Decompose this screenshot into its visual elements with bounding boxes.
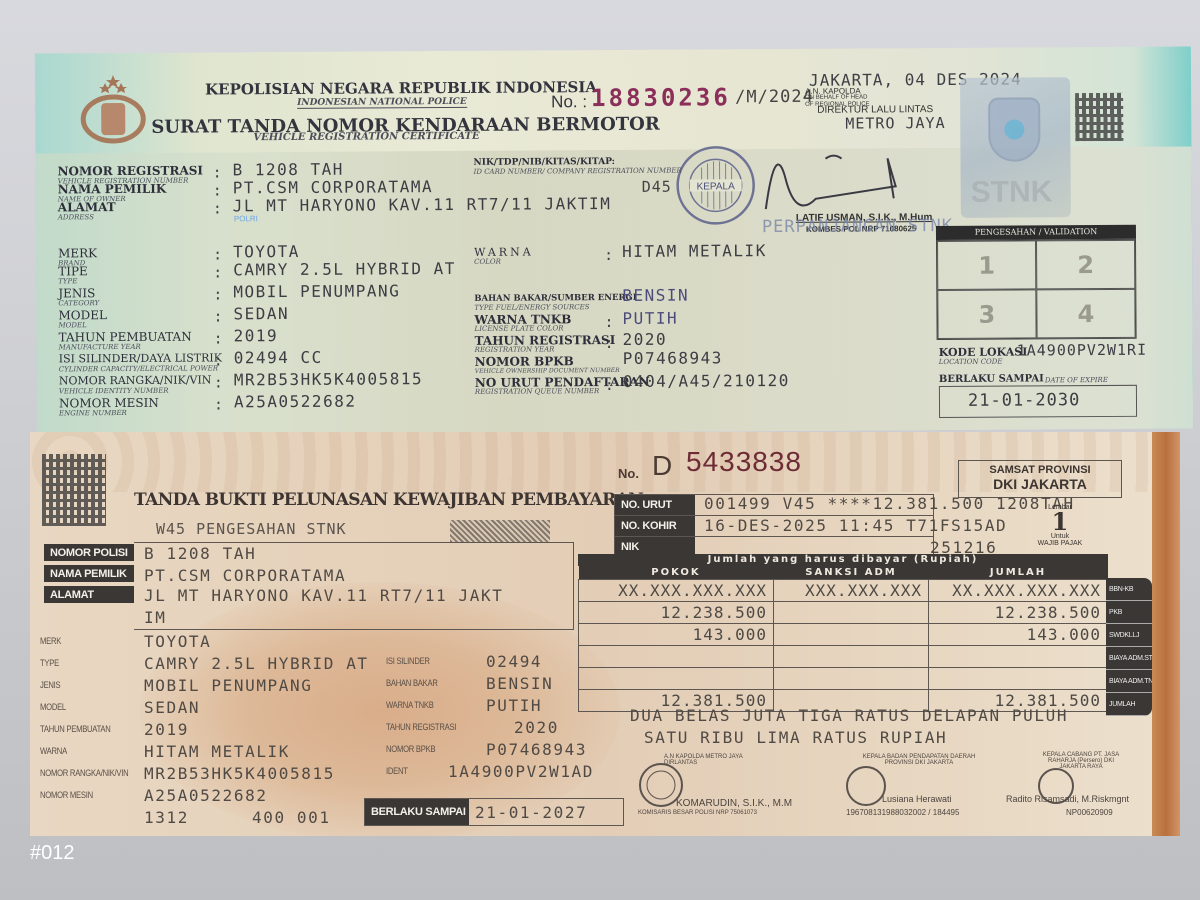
receipt-expire-box: BERLAKU SAMPAI 21-01-2027 — [364, 798, 624, 826]
rfield-nomor-bpkb: NOMOR BPKBP07468943 — [386, 740, 626, 762]
col-jumlah: JUMLAH — [929, 566, 1108, 579]
amount-in-words-2: SATU RIBU LIMA RATUS RUPIAH — [644, 728, 947, 747]
table-row — [579, 667, 1108, 689]
id-field-sub: ID CARD NUMBER/ COMPANY REGISTRATION NUM… — [474, 167, 624, 176]
validation-cell-2: 2 — [1036, 240, 1135, 290]
expire-label: BERLAKU SAMPAI — [939, 373, 1044, 386]
samsat-box: SAMSAT PROVINSI DKI JAKARTA — [958, 460, 1122, 498]
hologram: STNK — [960, 77, 1071, 218]
overprint-text: PERPANJANGAN STNK — [762, 216, 953, 237]
validation-cell-3: 3 — [937, 289, 1036, 339]
stnk-right-fields: WARNACOLOR :HITAM METALIK BAHAN BAKAR/SU… — [474, 245, 855, 398]
validation-box: PENGESAHAN / VALIDATION 1 2 3 4 — [936, 225, 1137, 340]
payment-table: POKOK SANKSI ADM JUMLAH XX.XXX.XXX.XXXXX… — [578, 566, 1108, 712]
label-nama-pemilik: NAMA PEMILIK — [44, 565, 134, 582]
stnk-certificate: KEPOLISIAN NEGARA REPUBLIK INDONESIA IND… — [35, 46, 1193, 435]
table-row: 143.000143.000 — [579, 623, 1108, 645]
receipt-expire-label: BERLAKU SAMPAI — [365, 799, 469, 825]
rfield-merk: MERKTOYOTA — [40, 632, 380, 654]
rfield-tahun-pembuatan: TAHUN PEMBUATAN2019 — [40, 720, 380, 742]
table-row — [579, 645, 1108, 667]
amount-in-words-1: DUA BELAS JUTA TIGA RATUS DELAPAN PULUH — [630, 706, 1068, 725]
no-kohir-value: 16-DES-2025 11:45 T71FS15AD — [704, 516, 1007, 535]
receipt-title: TANDA BUKTI PELUNASAN KEWAJIBAN PEMBAYAR… — [134, 490, 643, 510]
validation-cell-4: 4 — [1036, 289, 1135, 339]
payment-header: Jumlah yang harus dibayar (Rupiah) — [578, 554, 1108, 566]
expire-value: 21-01-2030 — [968, 390, 1080, 411]
field-alamat: ALAMATADDRESS :JL MT HARYONO KAV.11 RT7/… — [58, 199, 478, 248]
validation-title: PENGESAHAN / VALIDATION — [936, 225, 1136, 240]
document-title-en: VEHICLE REGISTRATION CERTIFICATE — [253, 131, 479, 143]
col-sanksi: SANKSI ADM — [774, 566, 929, 579]
owner-labels: NOMOR POLISI NAMA PEMILIK ALAMAT — [44, 544, 134, 603]
photo-tag: #012 — [30, 842, 75, 865]
location-code-value: 1A4900PV2W1RI — [1017, 341, 1148, 360]
rfield-ident: IDENT1A4900PV2W1AD — [386, 762, 626, 784]
expire-sub: DATE OF EXPIRE — [1045, 377, 1108, 384]
rfield-nomor-rangka: NOMOR RANGKA/NIK/VINMR2B53HK5K4005815 — [40, 764, 380, 786]
svg-text:KEPALA: KEPALA — [697, 181, 736, 192]
rfield-tahun-registrasi: TAHUN REGISTRASI2020 — [386, 718, 626, 740]
serial-label: No. : — [551, 92, 587, 112]
rfield-model: MODELSEDAN — [40, 698, 380, 720]
expire-box: 21-01-2030 — [939, 385, 1137, 418]
rfield-warna: WARNAHITAM METALIK — [40, 742, 380, 764]
payment-row-labels: BBN-KB PKB SWDKLLJ BIAYA ADM.STNK BIAYA … — [1106, 578, 1152, 716]
table-row: XX.XXX.XXX.XXXXXX.XXX.XXXXX.XXX.XXX.XXX — [579, 579, 1108, 601]
issue-region: METRO JAYA — [845, 114, 945, 133]
field-nomor-mesin: NOMOR MESINENGINE NUMBER :A25A0522682 — [59, 395, 479, 420]
payment-table-wrap: Jumlah yang harus dibayar (Rupiah) POKOK… — [578, 554, 1108, 712]
receipt-subtitle: W45 PENGESAHAN STNK — [156, 520, 347, 538]
rfield-type: TYPECAMRY 2.5L HYBRID AT — [40, 654, 380, 676]
validation-cell-1: 1 — [937, 240, 1036, 290]
location-code-sub: LOCATION CODE — [939, 359, 1003, 366]
security-pattern — [450, 520, 550, 542]
serial-suffix: /M/2024 — [735, 87, 814, 107]
owner-nomor-polisi: B 1208 TAH — [144, 544, 256, 563]
receipt-expire-value: 21-01-2027 — [469, 799, 587, 825]
serial-number: 18830236 — [591, 83, 731, 112]
receipt-no-label: No. — [618, 466, 639, 481]
owner-alamat: JL MT HARYONO KAV.11 RT7/11 JAKT — [144, 586, 503, 605]
label-alamat: ALAMAT — [44, 586, 134, 603]
branch-code: D45 — [642, 178, 672, 196]
org-name: KEPOLISIAN NEGARA REPUBLIK INDONESIA — [205, 78, 597, 98]
rfield-jenis: JENISMOBIL PENUMPANG — [40, 676, 380, 698]
col-pokok: POKOK — [579, 566, 774, 579]
field-no-urut: NO URUT PENDAFTARANREGISTRATION QUEUE NU… — [475, 375, 855, 398]
label-nomor-polisi: NOMOR POLISI — [44, 544, 134, 561]
sheet-indicator: Lembar 1 Untuk WAJIB PAJAK — [1030, 504, 1090, 547]
owner-nama-pemilik: PT.CSM CORPORATAMA — [144, 566, 346, 585]
receipt-qr-code — [42, 454, 106, 526]
police-emblem-icon — [77, 75, 149, 145]
qr-code — [1075, 93, 1123, 141]
no-urut-value: 001499 V45 ****12.381.500 1208TAH — [704, 494, 1075, 513]
receipt-no-series: D — [652, 450, 672, 482]
payment-receipt: TANDA BUKTI PELUNASAN KEWAJIBAN PEMBAYAR… — [30, 432, 1180, 836]
rfield-nomor-mesin: NOMOR MESINA25A0522682 — [40, 786, 380, 808]
owner-alamat-cont: IM — [144, 608, 166, 627]
vehicle-left-fields: MERKTOYOTA TYPECAMRY 2.5L HYBRID AT JENI… — [40, 632, 380, 830]
receipt-no-value: 5433838 — [686, 446, 802, 478]
validation-grid: 1 2 3 4 — [936, 239, 1137, 340]
table-row: 12.238.50012.238.500 — [579, 601, 1108, 623]
stnk-left-fields: NOMOR REGISTRASIVEHICLE REGISTRATION NUM… — [58, 163, 480, 420]
org-name-en: INDONESIAN NATIONAL POLICE — [297, 97, 467, 109]
rfield-extra-line: 1312400 001 — [40, 808, 380, 830]
polri-tag: POLRI — [234, 214, 258, 223]
receipt-edge-strip — [1152, 432, 1180, 836]
